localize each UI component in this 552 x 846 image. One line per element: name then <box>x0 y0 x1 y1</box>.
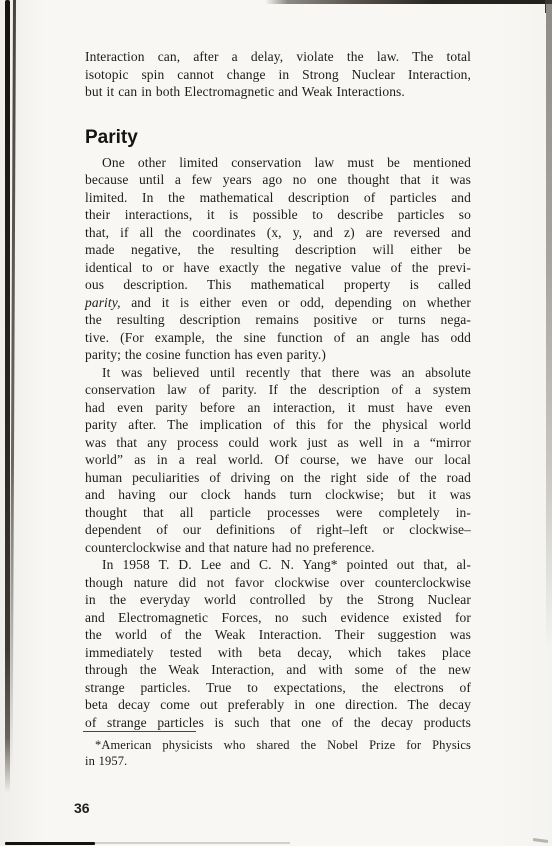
text-line: parity after. The implication of this fo… <box>85 416 471 434</box>
text-line: world” as in a real world. Of course, we… <box>85 451 471 469</box>
paragraph-lee-yang: In 1958 T. D. Lee and C. N. Yang* pointe… <box>85 556 471 731</box>
text-line: Interaction can, after a delay, violate … <box>85 48 471 66</box>
footnote-line: *American physicists who shared the Nobe… <box>85 737 471 753</box>
text-line: counterclockwise and that nature had no … <box>85 539 471 557</box>
text-line: ous description. This mathematical prope… <box>85 276 471 294</box>
text-line: It was believed until recently that ther… <box>85 364 471 382</box>
text-line: because until a few years ago no one tho… <box>85 171 471 189</box>
text-line: In 1958 T. D. Lee and C. N. Yang* pointe… <box>85 556 471 574</box>
scan-edge-bottom <box>5 842 95 845</box>
scan-mark-bottom-right <box>533 838 548 843</box>
text-line: the world of the Weak Interaction. Their… <box>85 626 471 644</box>
scan-edge-bottom-faint <box>95 842 290 844</box>
text-line: through the Weak Interaction, and with s… <box>85 661 471 679</box>
text-line: their interactions, it is possible to de… <box>85 206 471 224</box>
text-line: though nature did not favor clockwise ov… <box>85 574 471 592</box>
page-number: 36 <box>74 800 90 816</box>
text-line: isotopic spin cannot change in Strong Nu… <box>85 66 471 84</box>
text-line: the resulting description remains positi… <box>85 311 471 329</box>
text-line: immediately tested with beta decay, whic… <box>85 644 471 662</box>
text-line: dependent of our definitions of right–le… <box>85 521 471 539</box>
text-line: limited. In the mathematical description… <box>85 189 471 207</box>
text-line-rest: and it is either even or odd, depending … <box>131 295 471 310</box>
page-content: Interaction can, after a delay, violate … <box>85 0 471 769</box>
footnote: *American physicists who shared the Nobe… <box>85 737 471 769</box>
book-gutter-line-inner <box>10 0 16 772</box>
text-line: strange particles. True to expectations,… <box>85 679 471 697</box>
text-line: conservation law of parity. If the descr… <box>85 381 471 399</box>
footnote-separator <box>83 731 196 732</box>
text-line: made negative, the resulting description… <box>85 241 471 259</box>
text-line: One other limited conservation law must … <box>85 154 471 172</box>
text-line: and having our clock hands turn clockwis… <box>85 486 471 504</box>
footnote-line: in 1957. <box>85 753 471 769</box>
text-line: beta decay come out preferably in one di… <box>85 696 471 714</box>
paragraph-continuation: Interaction can, after a delay, violate … <box>85 48 471 101</box>
text-line: human peculiarities of driving on the ri… <box>85 469 471 487</box>
scan-edge-right <box>546 4 552 649</box>
paragraph-parity-2: It was believed until recently that ther… <box>85 364 471 557</box>
paragraph-parity-1: One other limited conservation law must … <box>85 154 471 364</box>
italic-term-parity: parity, <box>85 295 131 310</box>
text-line: and Electromagnetic Forces, no such evid… <box>85 609 471 627</box>
section-heading: Parity <box>85 127 471 148</box>
text-line: had even parity before an interaction, i… <box>85 399 471 417</box>
text-line: parity, and it is either even or odd, de… <box>85 294 471 312</box>
text-line: but it can in both Electromagnetic and W… <box>85 83 471 101</box>
text-line: was that any process could work just as … <box>85 434 471 452</box>
text-line: that, if all the coordinates (x, y, and … <box>85 224 471 242</box>
text-line: tive. (For example, the sine function of… <box>85 329 471 347</box>
text-line: of strange particles is such that one of… <box>85 714 471 732</box>
text-line: thought that all particle processes were… <box>85 504 471 522</box>
text-line: in the everyday world controlled by the … <box>85 591 471 609</box>
text-line: parity; the cosine function has even par… <box>85 346 471 364</box>
text-line: identical to or have exactly the negativ… <box>85 259 471 277</box>
